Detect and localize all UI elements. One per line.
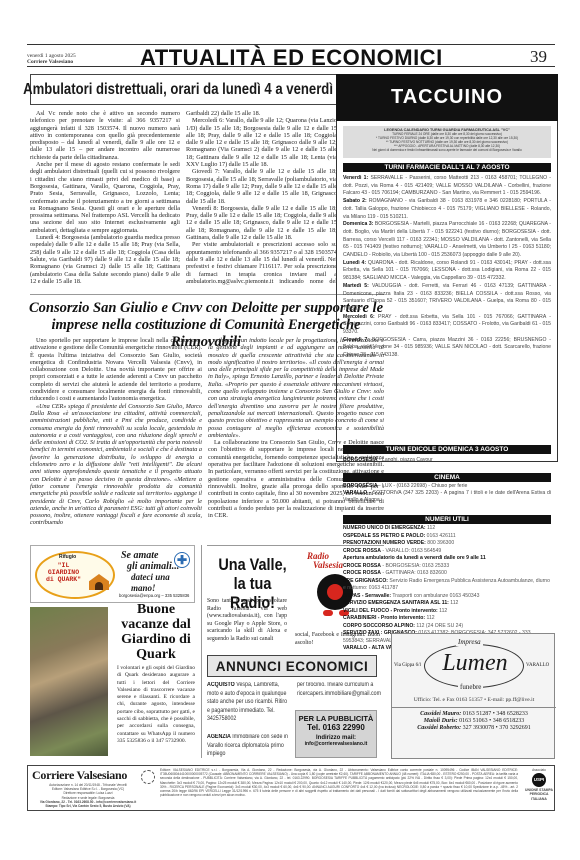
uspi-logo-icon: USPI (532, 773, 546, 787)
classified-ad: ACQUISTO Vespa, Lambretta, moto e auto d… (207, 681, 291, 724)
seal-icon (141, 770, 155, 784)
shift-text: QUARONA - dott. Ricaldone, corso Rolandi… (343, 260, 551, 281)
cinema-place: VARALLO (343, 490, 367, 496)
useful-number: SRE GRIGNASCO: Servizio Radio Emergenza … (343, 578, 551, 593)
paragraph: Venerdì 8: Borgosesia, dalle 9 alle 12 e… (186, 205, 337, 241)
pubblicita-title: PER LA PUBBLICITÀ (296, 714, 376, 723)
cinema-text: - SOTTORIVA (347 325 2203) - A pagina 7 … (343, 490, 551, 503)
lumen-address: Via Gippa 6/l (394, 663, 421, 668)
colophon-line: Stampa: Tipo Srl, Via Cantón Sesto 5, Bu… (32, 804, 144, 808)
quark-name: "IL GIARDINO di QUARK" (41, 562, 86, 583)
contact-phone: 0163 51063 • 348 6518233 (458, 718, 525, 724)
lumen-contact: Cassidei Roberto: 327 3930078 • 370 3292… (392, 725, 556, 732)
number-label: CARABINIERI - Pronto intervento: (343, 615, 425, 621)
lumen-city: VARALLO (526, 663, 549, 668)
useful-number: CROCE ROSSA - BORGOSESIA: 0163 25333 (343, 563, 551, 571)
slogan-line: dateci una mano! (121, 572, 194, 594)
ambulatori-column-2: Garibaldi 22) dalle 15 alle 18. Mercoled… (186, 110, 337, 285)
shoe-icon (323, 610, 333, 616)
shift-text: PRAY - dott.ssa Erbetta, via Sella 101 -… (343, 314, 551, 335)
buone-vacanze-body: I volontari e gli ospiti del Giardino di… (117, 665, 195, 745)
lumen-office: Ufficio: Tel. e Fax 0163 51357 • E-mail:… (392, 697, 556, 703)
useful-number: Apertura ambulatorio da lunedì a venerdì… (343, 555, 551, 563)
number-label: VIGILI DEL FUOCO - Pronto intervento: (343, 608, 438, 614)
contact-name: Cassidei Roberto: (417, 725, 461, 731)
turni-edicole-bar: TURNI EDICOLE DOMENICA 3 AGOSTO (343, 445, 551, 454)
shift-day: Venerdì 1: (343, 175, 368, 181)
shift-entry: Martedì 5: VALDUGGIA - dott. Ferretti, v… (343, 283, 551, 314)
pubblicita-phone: Tel. 0163 22990 (296, 723, 376, 732)
quark-name-line2: di QUARK" (41, 576, 86, 583)
useful-number: CORPO SOCCORSO ALPINO: 112 (24 ORE SU 24… (343, 623, 551, 631)
divider (30, 294, 384, 295)
lumen-contact: Maioli Duris: 0163 51063 • 348 6518233 (392, 718, 556, 725)
lumen-impresa: Impresa (456, 638, 483, 646)
shift-text: SERRAVALLE - Passerini, corso Matteotti … (343, 175, 551, 196)
shift-entry: Giovedì 7: BORGOSESIA - Carra, piazza Ma… (343, 337, 551, 360)
shift-day: Sabato 2: (343, 198, 367, 204)
masthead-logo: Corriere Valsesiano (32, 768, 127, 783)
cat-photo (30, 607, 108, 756)
number-value: Trasporti con ambulanze 0163 450343 (391, 593, 479, 599)
paragraph: Uno sportello per supportare le imprese … (30, 337, 202, 403)
lumen-funeral-ad: Impresa Lumen funebre Via Gippa 6/l VARA… (391, 633, 555, 759)
logo-line: Valsesia (307, 561, 343, 570)
shift-text: ROMAGNANO - via Garibaldi 38 - 0163 8319… (343, 198, 551, 219)
shift-entry: Domenica 3: BORGOSESIA - Martelli, piazz… (343, 221, 551, 260)
radio-body: Sono tanti i modi per ascoltare Radio Va… (207, 598, 287, 644)
contact-name: Cassidei Mauro: (420, 711, 461, 717)
shift-day: Giovedì 7: (343, 337, 369, 343)
useful-number: SERVIZIO EMERGENZA SANITARIA ASL 11: 112 (343, 600, 551, 608)
useful-number: ANPAS - Serravalle: Trasporti con ambula… (343, 593, 551, 601)
contact-phone: 0163 51287 • 348 6528233 (461, 711, 528, 717)
lumen-contacts: Cassidei Mauro: 0163 51287 • 348 6528233… (392, 711, 556, 733)
ambulatori-column-1: Asl Vc rende noto che è attivo un second… (30, 110, 180, 285)
cinema-list: BORGOSESIA - LUX - (0163 22698) - Chiuso… (343, 483, 551, 504)
lumen-name: Lumen (440, 650, 510, 677)
shift-day: Domenica 3: (343, 221, 373, 227)
uspi-badge: Associato USPI UNIONE STAMPA PERIODICA I… (525, 768, 553, 801)
pubblicita-box: PER LA PUBBLICITÀ Tel. 0163 22990 Indiri… (295, 710, 377, 758)
paragraph: Mercoledì 6: Varallo, dalle 9 alle 12; Q… (186, 117, 337, 168)
number-label: ANPAS - Serravalle: (343, 593, 391, 599)
header-meta: venerdì 1 agosto 2025 Corriere Valsesian… (27, 53, 76, 65)
paragraph: Garibaldi 22) dalle 15 alle 18. (186, 110, 337, 117)
number-label: Apertura ambulatorio da lunedì a venerdì… (343, 555, 486, 561)
enpa-cross-icon: ✚ (174, 552, 190, 568)
ad-keyword: AGENZIA (207, 734, 231, 740)
number-value: 112 (24 ORE SU 24) (415, 623, 463, 629)
header-bottom-rule (27, 66, 555, 67)
useful-number: CROCE ROSSA - VARALLO: 0163 564549 (343, 548, 551, 556)
cinema-place: BORGOSESIA (343, 483, 378, 489)
section-title: ATTUALITÀ ED ECONOMICI (140, 45, 443, 71)
column-divider (201, 545, 202, 758)
number-value: - GATTINARA: 0163 832600 (381, 570, 447, 576)
number-label: CROCE ROSSA (343, 563, 381, 569)
number-label: NUMERO UNICO DI EMERGENZA: (343, 525, 426, 531)
number-label: CROCE ROSSA (343, 548, 381, 554)
number-value: - VARALLO: 0163 564549 (381, 548, 441, 554)
legal-notice: Editore: VALSESIANO EDITRICE s.r.l. - Bo… (160, 768, 518, 810)
shift-entry: Mercoledì 6: PRAY - dott.ssa Erbetta, vi… (343, 314, 551, 337)
vinyl-face-icon (327, 584, 343, 600)
ad-keyword: ACQUISTO (207, 682, 235, 688)
paragraph: Anche per il mese di agosto restano conf… (30, 161, 180, 234)
cinema-bar: CINEMA (343, 473, 551, 482)
numeri-utili-bar: NUMERI UTILI (343, 515, 551, 524)
paper-name: Corriere Valsesiano (27, 59, 76, 65)
uspi-text: UNIONE STAMPA PERIODICA ITALIANA (525, 788, 553, 801)
paragraph: Lunedì 4: Borgosesia (ambulatorio guardi… (30, 234, 180, 285)
doghouse-door-icon (95, 582, 103, 590)
ambulatori-headline: Ambulatori distrettuali, orari da lunedì… (58, 74, 310, 105)
number-label: OSPEDALE SS PIETRO E PAOLO: (343, 533, 425, 539)
number-label: SRE GRIGNASCO: (343, 578, 388, 584)
edicola-text: - Langhi, piazza Cavour (378, 457, 433, 463)
useful-number: NUMERO UNICO DI EMERGENZA: 112 (343, 525, 551, 533)
shift-day: Lunedì 4: (343, 260, 366, 266)
turni-farmacie-bar: TURNI FARMACIE DALL'1 AL 7 AGOSTO (343, 163, 551, 172)
legend-line: Nei giorni di domenica e festivi infrase… (343, 148, 551, 152)
annunci-economici-title: ANNUNCI ECONOMICI (207, 655, 377, 677)
number-label: SERVIZIO EMERGENZA SANITARIA ASL 11: (343, 600, 449, 606)
useful-number: VIGILI DEL FUOCO - Pronto intervento: 11… (343, 608, 551, 616)
shift-text: BORGOSESIA - Carra, piazza Mazzini 36 - … (343, 337, 551, 358)
number-value: 112 (438, 608, 448, 614)
number-value: - BORGOSESIA: 0163 25333 (381, 563, 449, 569)
number-value: 800 396300 (426, 540, 454, 546)
useful-number: OSPEDALE SS PIETRO E PAOLO: 0163 426111 (343, 533, 551, 541)
quark-ad: Rifugio "IL GIARDINO di QUARK" Se amate … (30, 545, 195, 603)
useful-number: CARABINIERI - Pronto intervento: 112 (343, 615, 551, 623)
number-label: CROCE ROSSA (343, 570, 381, 576)
shift-day: Mercoledì 6: (343, 314, 375, 320)
useful-number: CROCE ROSSA - GATTINARA: 0163 832600 (343, 570, 551, 578)
useful-number: PRENOTAZIONI NUMERO VERDE: 800 396300 (343, 540, 551, 548)
number-value: 112 (426, 525, 436, 531)
number-value: 0163 426111 (425, 533, 455, 539)
associato-label: Associato (525, 768, 553, 772)
shift-entry: Sabato 2: ROMAGNANO - via Garibaldi 38 -… (343, 198, 551, 221)
buone-vacanze-headline: Buone vacanze dal Giardino di Quark (117, 602, 195, 662)
edicole-entry: BORGOSESIA - Langhi, piazza Cavour (343, 457, 551, 465)
paragraph: Giovedì 7: Varallo, dalle 9 alle 12 e da… (186, 168, 337, 204)
quote-paragraph: «Una CER» spiega il presidente del Conso… (30, 403, 202, 527)
shift-entry: Lunedì 4: QUARONA - dott. Ricaldone, cor… (343, 260, 551, 283)
quark-rifugio: Rifugio (59, 554, 76, 560)
contact-phone: 327 3930078 • 370 3292691 (461, 725, 531, 731)
shift-day: Martedì 5: (343, 283, 369, 289)
cinema-text: - LUX - (0163 22698) - Chiuso per ferie (378, 483, 468, 489)
divider (392, 707, 556, 708)
number-label: CORPO SOCCORSO ALPINO: (343, 623, 415, 629)
pharmacy-shifts: Venerdì 1: SERRAVALLE - Passerini, corso… (343, 175, 551, 360)
radio-headline-line1: Una Valle, (216, 555, 288, 574)
number-value: 112 (449, 600, 459, 606)
consorzio-column-1: Uno sportello per supportare le imprese … (30, 337, 202, 541)
cinema-entry: VARALLO - SOTTORIVA (347 325 2203) - A p… (343, 490, 551, 504)
colophon-info: Autorizzazione n. 14 del 20/11/1948 - Tr… (32, 783, 144, 808)
taccuino-title: TACCUINO (336, 74, 558, 121)
lumen-contact: Cassidei Mauro: 0163 51287 • 348 6528233 (392, 711, 556, 718)
colophon: Corriere Valsesiano Autorizzazione n. 14… (27, 765, 555, 811)
quark-contact: borgosesia@enpa.org – 335 5325836 (119, 593, 189, 598)
classified-ad-continued: per tirocinio. Inviare curriculum a rice… (297, 681, 378, 698)
classified-ad: AGENZIA Immobiliare con sede in Varallo … (207, 733, 291, 759)
cinema-entry: BORGOSESIA - LUX - (0163 22698) - Chiuso… (343, 483, 551, 490)
paragraph: Asl Vc rende noto che è attivo un second… (30, 110, 180, 161)
shift-text: BORGOSESIA - Martelli, piazza Parrocchia… (343, 221, 551, 258)
shift-text: VALDUGGIA - dott. Ferretti, via Ferrari … (343, 283, 551, 312)
quark-name-line1: "IL GIARDINO (41, 562, 86, 576)
number-value: 112 (425, 615, 435, 621)
edicola-place: BORGOSESIA (343, 457, 378, 463)
number-label: PRENOTAZIONI NUMERO VERDE: (343, 540, 426, 546)
pharmacy-legend: LEGENDA CALENDARIO TURNI GUARDIA FARMACE… (343, 126, 551, 158)
page-number: 39 (530, 47, 547, 67)
shift-entry: Venerdì 1: SERRAVALLE - Passerini, corso… (343, 175, 551, 198)
lumen-funebre: funebre (458, 683, 483, 691)
paragraph: Per visite ambulatoriali e prescrizioni … (186, 241, 337, 285)
contact-name: Maioli Duris: (424, 718, 458, 724)
ad-text: Vespa, Lambretta, moto e auto d'epoca in… (207, 682, 287, 722)
pubblicita-email[interactable]: info@corrierevalsesiano.it (296, 741, 376, 747)
radio-logo-text: Radio Valsesia (307, 552, 343, 570)
